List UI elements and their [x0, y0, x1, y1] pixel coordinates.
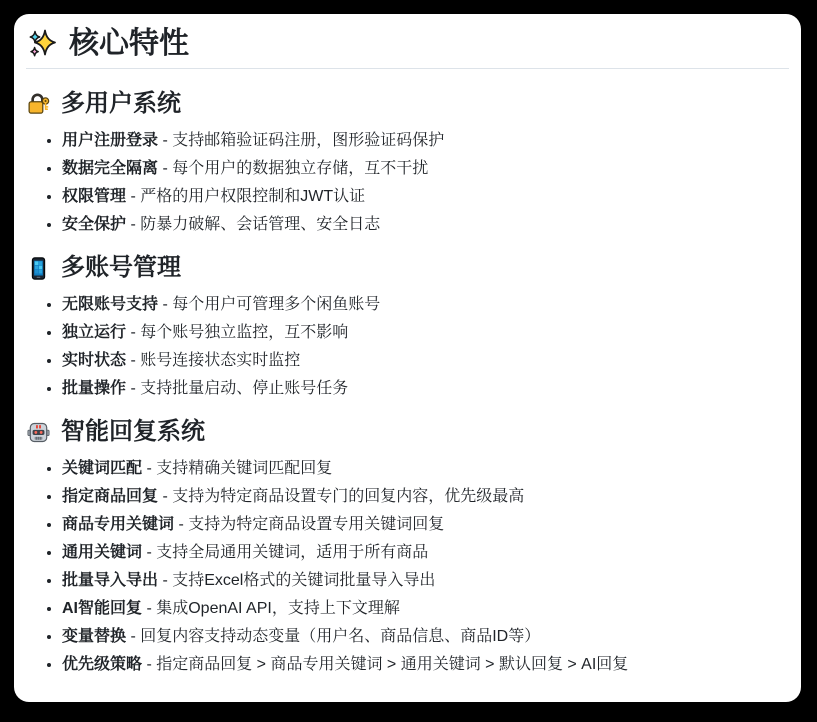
- feature-item: 优先级策略 - 指定商品回复 > 商品专用关键词 > 通用关键词 > 默认回复 …: [62, 653, 789, 677]
- section-title-text: 多用户系统: [61, 89, 181, 119]
- feature-list: 关键词匹配 - 支持精确关键词匹配回复 指定商品回复 - 支持为特定商品设置专门…: [26, 457, 789, 677]
- sections-container: 多用户系统 用户注册登录 - 支持邮箱验证码注册，图形验证码保护 数据完全隔离 …: [26, 89, 789, 677]
- feature-description: 每个用户的数据独立存储，互不干扰: [172, 160, 428, 177]
- feature-description: 每个用户可管理多个闲鱼账号: [172, 296, 380, 313]
- feature-term: 用户注册登录: [62, 132, 158, 149]
- feature-list: 用户注册登录 - 支持邮箱验证码注册，图形验证码保护 数据完全隔离 - 每个用户…: [26, 129, 789, 237]
- feature-description: 集成OpenAI API，支持上下文理解: [156, 600, 400, 617]
- feature-term: 批量操作: [62, 380, 126, 397]
- page-title-text: 核心特性: [69, 26, 189, 62]
- feature-term: 关键词匹配: [62, 460, 142, 477]
- feature-term: 实时状态: [62, 352, 126, 369]
- feature-term: 权限管理: [62, 188, 126, 205]
- separator: -: [158, 488, 172, 505]
- feature-description: 严格的用户权限控制和JWT认证: [140, 188, 365, 205]
- separator: -: [142, 544, 156, 561]
- separator: -: [126, 324, 140, 341]
- feature-item: 变量替换 - 回复内容支持动态变量（用户名、商品信息、商品ID等）: [62, 625, 789, 649]
- feature-item: 独立运行 - 每个账号独立监控，互不影响: [62, 321, 789, 345]
- feature-description: 支持全局通用关键词，适用于所有商品: [156, 544, 428, 561]
- separator: -: [142, 460, 156, 477]
- feature-section: 多用户系统 用户注册登录 - 支持邮箱验证码注册，图形验证码保护 数据完全隔离 …: [26, 89, 789, 237]
- feature-description: 防暴力破解、会话管理、安全日志: [140, 216, 380, 233]
- separator: -: [158, 296, 172, 313]
- feature-term: 独立运行: [62, 324, 126, 341]
- feature-item: 数据完全隔离 - 每个用户的数据独立存储，互不干扰: [62, 157, 789, 181]
- separator: -: [126, 380, 140, 397]
- feature-term: 变量替换: [62, 628, 126, 645]
- feature-description: 指定商品回复 > 商品专用关键词 > 通用关键词 > 默认回复 > AI回复: [156, 656, 628, 673]
- separator: -: [126, 188, 140, 205]
- feature-description: 支持为特定商品设置专门的回复内容，优先级最高: [172, 488, 524, 505]
- feature-item: 批量操作 - 支持批量启动、停止账号任务: [62, 377, 789, 401]
- feature-term: 商品专用关键词: [62, 516, 174, 533]
- feature-term: 批量导入导出: [62, 572, 158, 589]
- page-title: 核心特性: [26, 22, 789, 69]
- feature-item: AI智能回复 - 集成OpenAI API，支持上下文理解: [62, 597, 789, 621]
- feature-term: 指定商品回复: [62, 488, 158, 505]
- sparkles-icon: [26, 28, 58, 60]
- feature-item: 用户注册登录 - 支持邮箱验证码注册，图形验证码保护: [62, 129, 789, 153]
- readme-card: 核心特性 多用户系统 用户注册登录 - 支持邮箱验证码注册，图形验证码保护 数据…: [14, 14, 801, 702]
- phone-icon: [26, 256, 51, 281]
- lock-icon: [26, 92, 51, 117]
- feature-term: 无限账号支持: [62, 296, 158, 313]
- feature-term: 通用关键词: [62, 544, 142, 561]
- feature-item: 权限管理 - 严格的用户权限控制和JWT认证: [62, 185, 789, 209]
- section-title-text: 智能回复系统: [61, 417, 205, 447]
- feature-item: 批量导入导出 - 支持Excel格式的关键词批量导入导出: [62, 569, 789, 593]
- separator: -: [158, 160, 172, 177]
- separator: -: [126, 216, 140, 233]
- separator: -: [126, 628, 140, 645]
- separator: -: [142, 656, 156, 673]
- feature-description: 支持为特定商品设置专用关键词回复: [188, 516, 444, 533]
- robot-icon: [26, 420, 51, 445]
- screenshot-background: { "title": { "icon": "sparkles-icon", "t…: [0, 0, 817, 722]
- feature-item: 实时状态 - 账号连接状态实时监控: [62, 349, 789, 373]
- feature-term: 数据完全隔离: [62, 160, 158, 177]
- feature-item: 指定商品回复 - 支持为特定商品设置专门的回复内容，优先级最高: [62, 485, 789, 509]
- feature-description: 回复内容支持动态变量（用户名、商品信息、商品ID等）: [140, 628, 540, 645]
- feature-section: 智能回复系统 关键词匹配 - 支持精确关键词匹配回复 指定商品回复 - 支持为特…: [26, 417, 789, 677]
- feature-description: 每个账号独立监控，互不影响: [140, 324, 348, 341]
- feature-item: 安全保护 - 防暴力破解、会话管理、安全日志: [62, 213, 789, 237]
- separator: -: [158, 572, 172, 589]
- feature-item: 无限账号支持 - 每个用户可管理多个闲鱼账号: [62, 293, 789, 317]
- separator: -: [158, 132, 172, 149]
- feature-item: 商品专用关键词 - 支持为特定商品设置专用关键词回复: [62, 513, 789, 537]
- separator: -: [126, 352, 140, 369]
- feature-description: 支持精确关键词匹配回复: [156, 460, 332, 477]
- feature-description: 支持邮箱验证码注册，图形验证码保护: [172, 132, 444, 149]
- section-title: 多用户系统: [26, 89, 789, 119]
- separator: -: [142, 600, 156, 617]
- feature-description: 账号连接状态实时监控: [140, 352, 300, 369]
- feature-term: AI智能回复: [62, 600, 142, 617]
- feature-list: 无限账号支持 - 每个用户可管理多个闲鱼账号 独立运行 - 每个账号独立监控，互…: [26, 293, 789, 401]
- feature-term: 优先级策略: [62, 656, 142, 673]
- section-title: 智能回复系统: [26, 417, 789, 447]
- separator: -: [174, 516, 188, 533]
- feature-term: 安全保护: [62, 216, 126, 233]
- feature-item: 关键词匹配 - 支持精确关键词匹配回复: [62, 457, 789, 481]
- feature-section: 多账号管理 无限账号支持 - 每个用户可管理多个闲鱼账号 独立运行 - 每个账号…: [26, 253, 789, 401]
- feature-description: 支持批量启动、停止账号任务: [140, 380, 348, 397]
- section-title-text: 多账号管理: [61, 253, 181, 283]
- feature-item: 通用关键词 - 支持全局通用关键词，适用于所有商品: [62, 541, 789, 565]
- feature-description: 支持Excel格式的关键词批量导入导出: [172, 572, 435, 589]
- section-title: 多账号管理: [26, 253, 789, 283]
